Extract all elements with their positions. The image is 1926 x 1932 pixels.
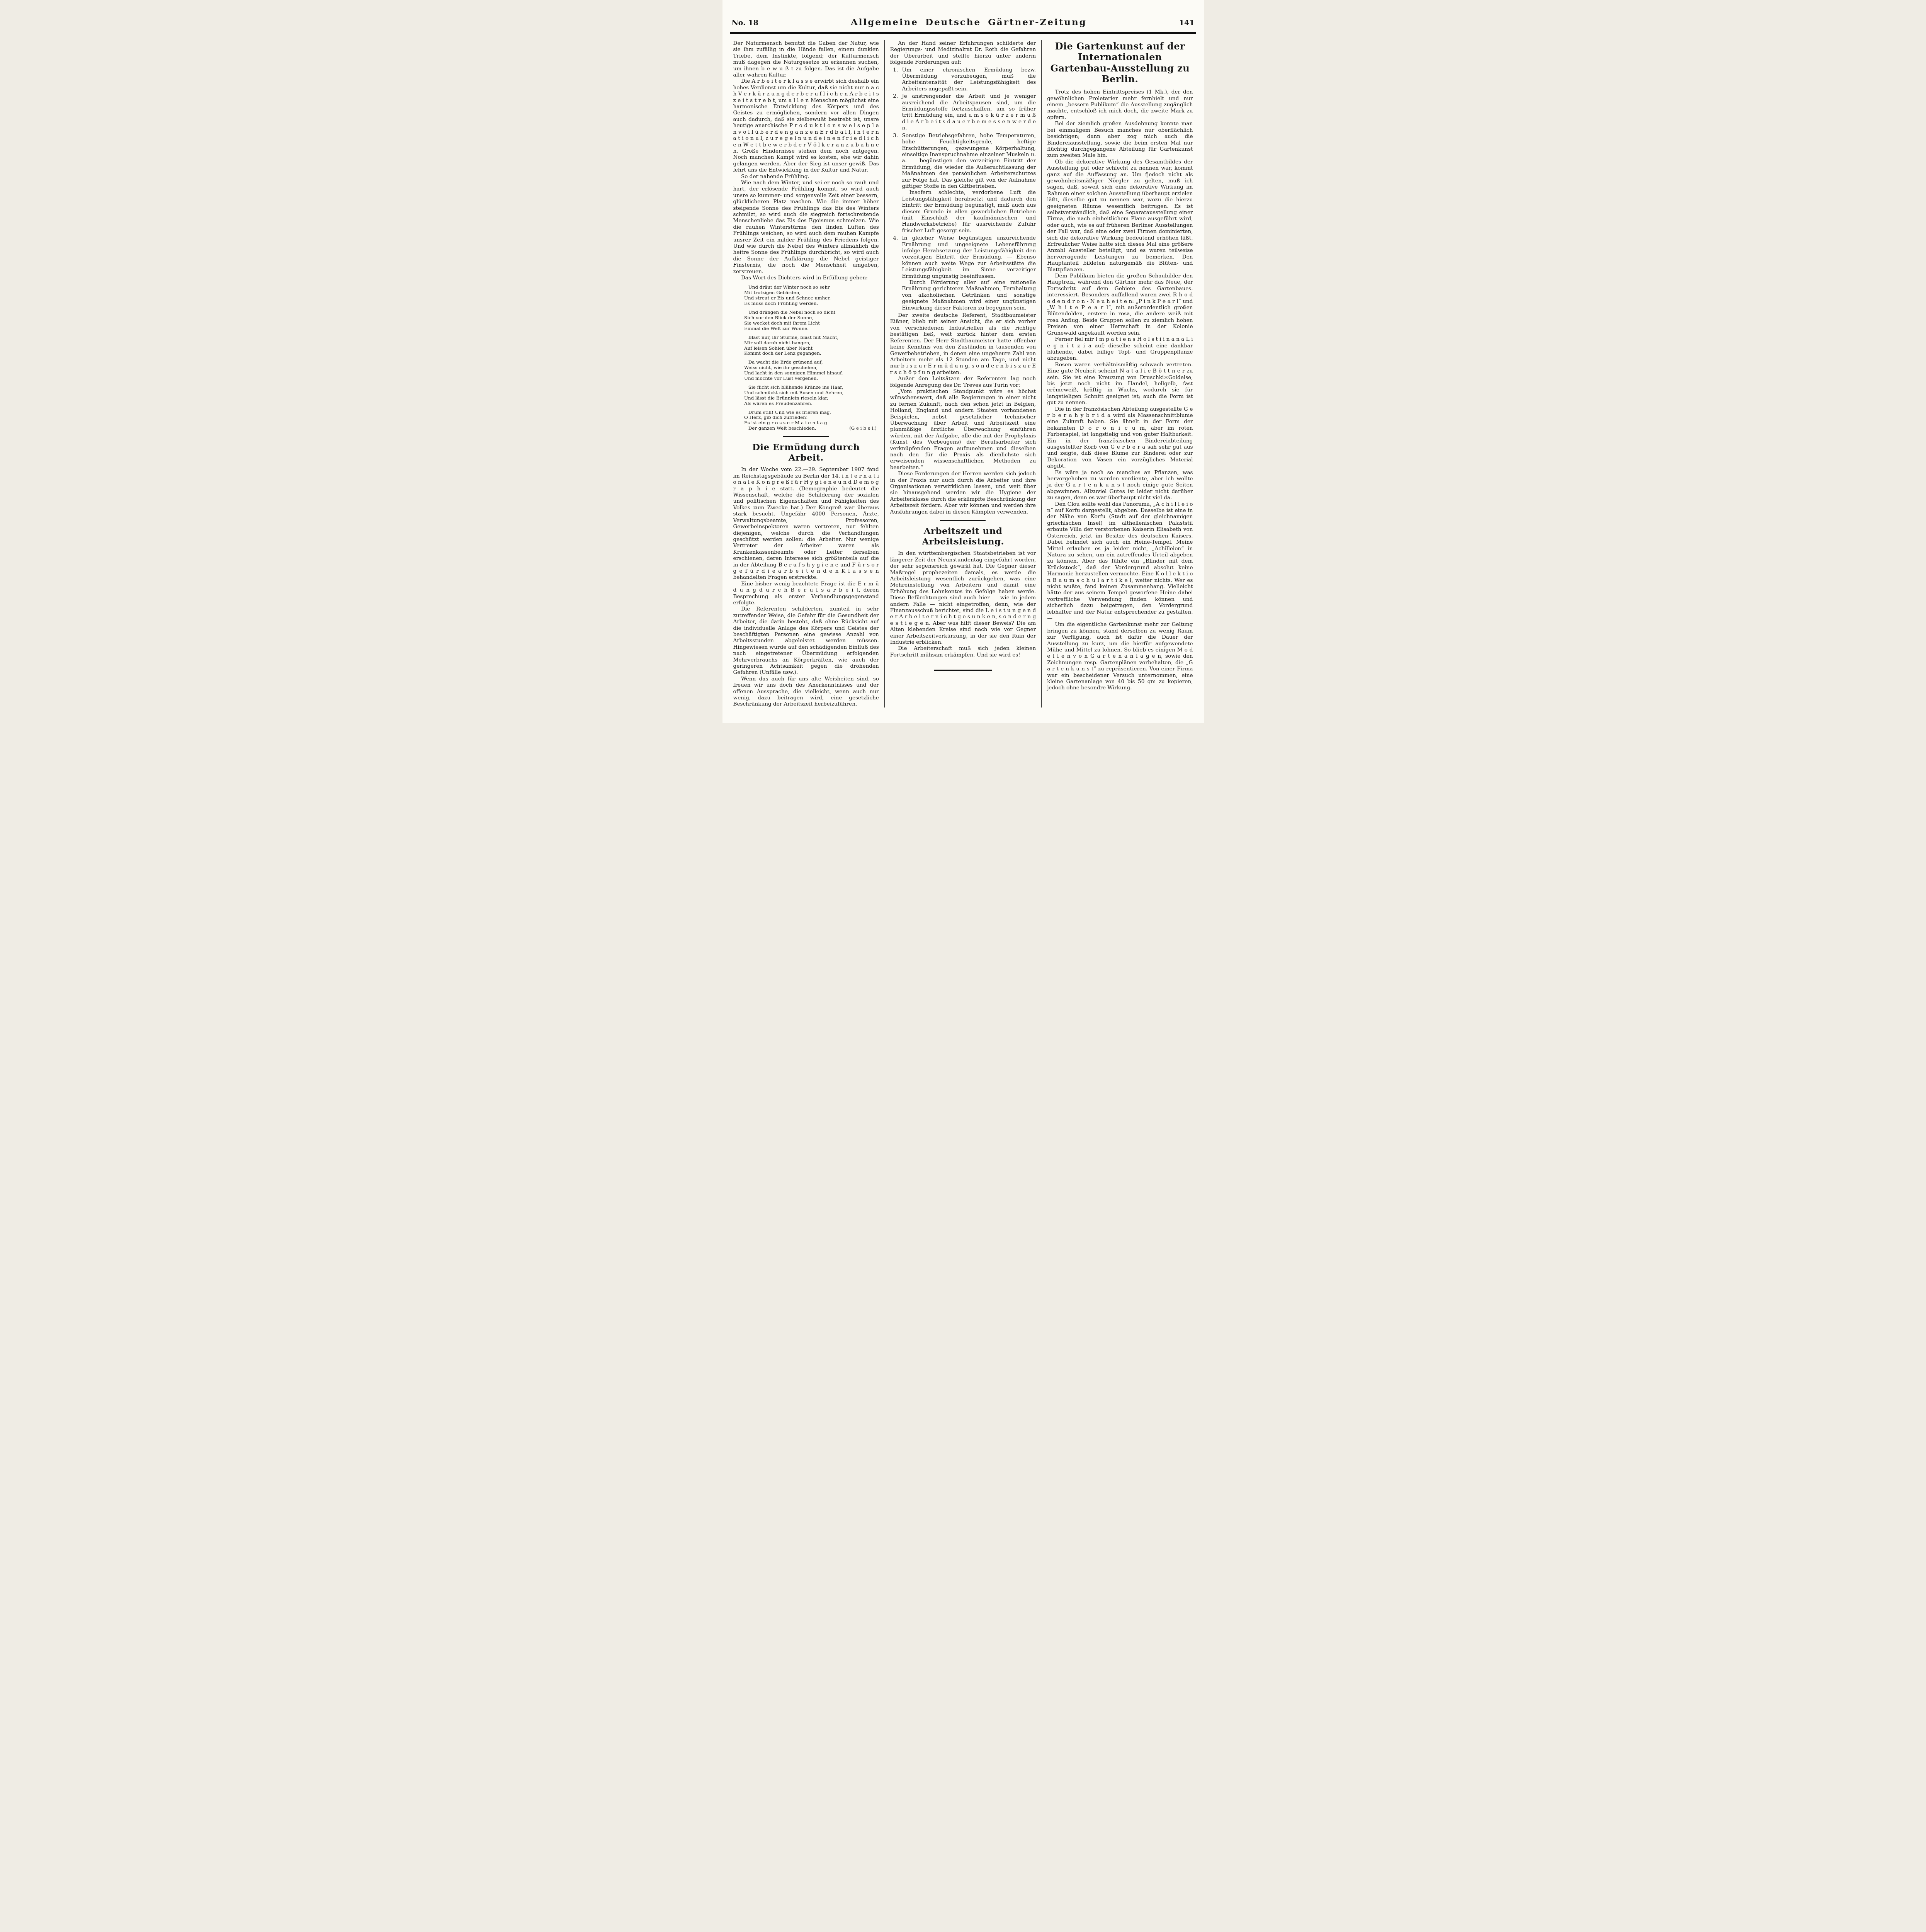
article-paragraph: In der Woche vom 22.—29. September 1907 … — [733, 466, 879, 580]
article-paragraph: Außer den Leitsätzen der Referenten lag … — [890, 376, 1036, 388]
item-text: Sonstige Betriebsgefahren, hohe Temperat… — [902, 133, 1036, 190]
page-number: 141 — [1179, 19, 1195, 27]
article-paragraph: Der zweite deutsche Referent, Stadtbaume… — [890, 312, 1036, 376]
poem-line: Und drängen die Nebel noch so dicht — [748, 310, 879, 315]
article-paragraph: Wie nach dem Winter, und sei er noch so … — [733, 180, 879, 275]
poem-stanza: Drum still! Und wie es frieren mag, O He… — [744, 410, 879, 432]
column-1: Der Naturmensch benutzt die Gaben der Na… — [728, 40, 884, 707]
poem-line: Sich vor den Blick der Sonne, — [744, 315, 879, 321]
poem-line: Drum still! Und wie es frieren mag, — [748, 410, 879, 415]
article-paragraph: Rosen waren verhältnismäßig schwach vert… — [1047, 362, 1193, 406]
article-paragraph: Die Arbeiterschaft muß sich jeden kleine… — [890, 645, 1036, 658]
numbered-item-2: 2. Je anstrengender die Arbeit und je we… — [890, 93, 1036, 131]
article-paragraph: In den württembergischen Staatsbetrieben… — [890, 550, 1036, 645]
article-paragraph: Um die eigentliche Gartenkunst mehr zur … — [1047, 621, 1193, 691]
numbered-item-4: 4. In gleicher Weise begünstigen unzurei… — [890, 235, 1036, 311]
article-paragraph: Eine bisher wenig beachtete Frage ist di… — [733, 581, 879, 606]
poem-attribution: (G e i b e l.) — [849, 426, 877, 431]
poem-line: Mir soll darob nicht bangen, — [744, 340, 879, 346]
newspaper-page: No. 18 Allgemeine Deutsche Gärtner-Zeitu… — [722, 0, 1204, 723]
poem-line: Es ist ein g r o s s e r M a i e n t a g — [744, 420, 879, 426]
article-paragraph: Die Referenten schilderten, zumteil in s… — [733, 606, 879, 675]
article-paragraph: So der nahende Frühling. — [733, 173, 879, 180]
poem-line: Mit trotzigen Gebärden, — [744, 290, 879, 296]
poem-line: Sie flicht sich blühende Kränze ins Haar… — [748, 385, 879, 390]
poem-line: Und dräut der Winter noch so sehr — [748, 285, 879, 290]
article-paragraph: Den Clou sollte wohl das Panorama, „A c … — [1047, 501, 1193, 622]
poem-line: Einmal die Welt zur Wonne. — [744, 326, 879, 332]
article-paragraph: Diese Forderungen der Herren werden sich… — [890, 471, 1036, 515]
article-paragraph: Bei der ziemlich großen Ausdehnung konnt… — [1047, 121, 1193, 158]
article-paragraph: Dem Publikum bieten die großen Schaubild… — [1047, 273, 1193, 336]
poem-line: Und schmückt sich mit Rosen und Aehren, — [744, 390, 879, 396]
poem-line: Als wären es Freudenzähren. — [744, 401, 879, 406]
article-heading-gartenkunst: Die Gartenkunst auf der Internationalen … — [1047, 41, 1193, 85]
item-number: 3. — [893, 133, 898, 139]
poem-line: Und lacht in den sonnigen Himmel hinauf, — [744, 371, 879, 376]
article-heading-worktime: Arbeitszeit und Arbeitsleistung. — [890, 526, 1036, 547]
issue-number: No. 18 — [732, 19, 758, 27]
poem-line: Und lässt die Brünnlein rieseln klar, — [744, 396, 879, 401]
item-text: Je anstrengender die Arbeit und je wenig… — [902, 93, 1036, 131]
poem-line: Blast nur, ihr Stürme, blast mit Macht, — [748, 335, 879, 340]
item-number: 1. — [893, 67, 898, 73]
masthead: No. 18 Allgemeine Deutsche Gärtner-Zeitu… — [728, 17, 1198, 27]
item-text: Um einer chronischen Ermüdung bezw. Über… — [902, 67, 1036, 92]
column-3: Die Gartenkunst auf der Internationalen … — [1041, 40, 1198, 707]
item-text: In gleicher Weise begünstigen unzureiche… — [902, 235, 1036, 279]
article-paragraph: Die A r b e i t e r k l a s s e erwirbt … — [733, 78, 879, 173]
poem-stanza: Und dräut der Winter noch so sehr Mit tr… — [744, 285, 879, 306]
poem-line: Kommt doch der Lenz gegangen. — [744, 351, 879, 356]
column-2: An der Hand seiner Erfahrungen schildert… — [884, 40, 1041, 707]
poem-stanza: Und drängen die Nebel noch so dicht Sich… — [744, 310, 879, 332]
poem-line: Weiss nicht, wie ihr geschehen, — [744, 365, 879, 371]
article-paragraph: Die in der französischen Abteilung ausge… — [1047, 406, 1193, 469]
poem-line: Und streut er Eis und Schnee umher, — [744, 296, 879, 301]
article-paragraph: Wenn das auch für uns alte Weisheiten si… — [733, 676, 879, 707]
poem-stanza: Sie flicht sich blühende Kränze ins Haar… — [744, 385, 879, 406]
article-paragraph: Das Wort des Dichters wird in Erfüllung … — [733, 275, 879, 281]
article-paragraph: Ob die dekorative Wirkung des Gesamtbild… — [1047, 159, 1193, 273]
poem-stanza: Blast nur, ihr Stürme, blast mit Macht, … — [744, 335, 879, 357]
poem-line: Der ganzen Welt beschieden. — [748, 426, 816, 431]
section-divider — [940, 520, 986, 521]
article-paragraph: Der Naturmensch benutzt die Gaben der Na… — [733, 40, 879, 78]
item-text-continued: Insofern schlechte, verdorbene Luft die … — [902, 189, 1036, 234]
poem-line: Da wacht die Erde grünend auf, — [748, 360, 879, 365]
section-divider — [783, 436, 829, 437]
poem-line: Auf leisen Sohlen über Nacht — [744, 346, 879, 351]
article-paragraph: Trotz des hohen Eintrittspreises (1 Mk.)… — [1047, 89, 1193, 121]
item-number: 4. — [893, 235, 898, 241]
article-heading-fatigue: Die Ermüdung durch Arbeit. — [733, 442, 879, 463]
numbered-item-1: 1. Um einer chronischen Ermüdung bezw. Ü… — [890, 67, 1036, 92]
numbered-item-3: 3. Sonstige Betriebsgefahren, hohe Tempe… — [890, 133, 1036, 234]
poem-last-line-with-attribution: Der ganzen Welt beschieden. (G e i b e l… — [744, 426, 879, 431]
poem-line: O Herz, gib dich zufrieden! — [744, 415, 879, 420]
article-paragraph: Ferner fiel mir I m p a t i e n s H o l … — [1047, 336, 1193, 362]
poem-line: Sie wecket doch mit ihrem Licht — [744, 321, 879, 326]
article-paragraph: An der Hand seiner Erfahrungen schildert… — [890, 40, 1036, 66]
article-paragraph: Es wäre ja noch so manches an Pflanzen, … — [1047, 469, 1193, 501]
poem: Und dräut der Winter noch so sehr Mit tr… — [744, 285, 879, 431]
poem-line: Und möchte vor Lust vergehen. — [744, 376, 879, 381]
quote-paragraph: „Vom praktischen Standpunkt wäre es höch… — [890, 388, 1036, 471]
poem-stanza: Da wacht die Erde grünend auf, Weiss nic… — [744, 360, 879, 381]
newspaper-title: Allgemeine Deutsche Gärtner-Zeitung — [758, 17, 1179, 27]
poem-line: Es muss doch Frühling werden. — [744, 301, 879, 306]
item-number: 2. — [893, 93, 898, 99]
article-end-divider — [934, 670, 992, 671]
page-columns: Der Naturmensch benutzt die Gaben der Na… — [728, 34, 1198, 711]
item-text-continued: Durch Förderung aller auf eine rationell… — [902, 279, 1036, 311]
